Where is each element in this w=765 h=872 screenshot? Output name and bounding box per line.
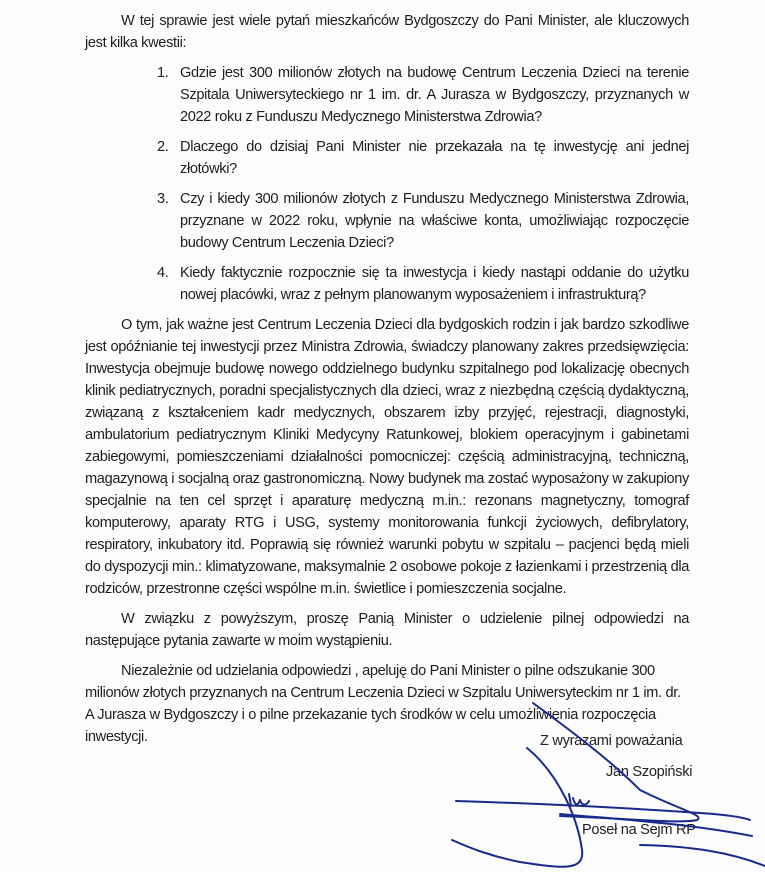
- document-page: W tej sprawie jest wiele pytań mieszkańc…: [0, 0, 765, 872]
- question-text: Kiedy faktycznie rozpocznie się ta inwes…: [180, 265, 689, 303]
- question-number: 3.: [157, 188, 168, 210]
- request-paragraph: W związku z powyższym, proszę Panią Mini…: [85, 608, 689, 652]
- questions-list: 1. Gdzie jest 300 milionów złotych na bu…: [85, 62, 689, 306]
- letter-body: W tej sprawie jest wiele pytań mieszkańc…: [85, 10, 689, 756]
- question-text: Czy i kiedy 300 milionów złotych z Fundu…: [180, 191, 689, 251]
- question-number: 1.: [157, 62, 168, 84]
- closing-salutation: Z wyrazami poważania: [540, 733, 682, 749]
- question-number: 2.: [157, 136, 168, 158]
- question-text: Gdzie jest 300 milionów złotych na budow…: [180, 65, 689, 125]
- question-item: 3. Czy i kiedy 300 milionów złotych z Fu…: [85, 188, 689, 254]
- signatory-title: Poseł na Sejm RP: [582, 822, 696, 838]
- question-text: Dlaczego do dzisiaj Pani Minister nie pr…: [180, 139, 689, 177]
- investment-scope-paragraph: O tym, jak ważne jest Centrum Leczenia D…: [85, 314, 689, 600]
- question-item: 1. Gdzie jest 300 milionów złotych na bu…: [85, 62, 689, 128]
- question-item: 2. Dlaczego do dzisiaj Pani Minister nie…: [85, 136, 689, 180]
- question-item: 4. Kiedy faktycznie rozpocznie się ta in…: [85, 262, 689, 306]
- question-number: 4.: [157, 262, 168, 284]
- intro-paragraph: W tej sprawie jest wiele pytań mieszkańc…: [85, 10, 689, 54]
- signatory-name: Jan Szopiński: [606, 764, 692, 780]
